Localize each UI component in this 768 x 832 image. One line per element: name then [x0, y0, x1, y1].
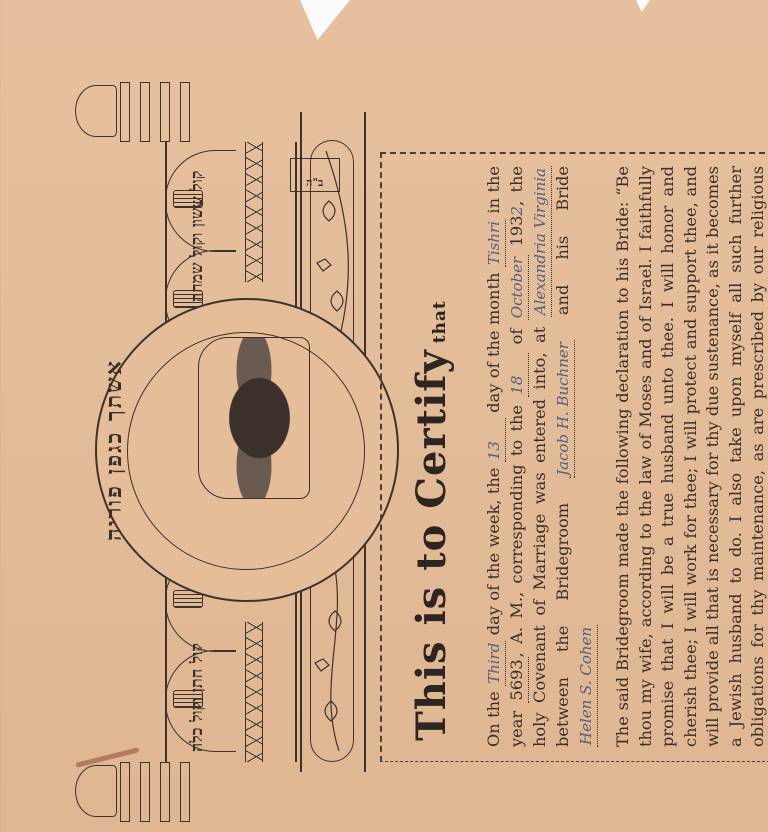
- right-pillar: [75, 72, 265, 152]
- hebrew-inscription-left: קול חתן וקול כלה: [187, 643, 207, 752]
- field-hebrew-year[interactable]: 5693: [506, 657, 529, 702]
- field-place[interactable]: Alexandria Virginia: [529, 166, 552, 317]
- marriage-details: On the Third day of the week, the 13 day…: [483, 166, 598, 747]
- field-civil-day[interactable]: 18: [506, 353, 529, 397]
- certificate-title: This is to Certifythat: [408, 166, 455, 741]
- certificate: קול חתן וקול כלה קול ששון וקול שמחה אשתך…: [75, 72, 768, 832]
- field-bride[interactable]: Helen S. Cohen: [575, 625, 598, 747]
- paper-tear: [300, 0, 350, 40]
- field-day-number[interactable]: 13: [483, 418, 506, 462]
- zigzag-ornament: [245, 142, 263, 282]
- field-hebrew-month[interactable]: Tishri: [483, 219, 506, 267]
- field-civil-year-digit[interactable]: 2: [508, 206, 526, 216]
- paper-tear: [636, 0, 650, 12]
- title-main: This is to Certify: [408, 349, 455, 741]
- bh-label: ב"ה: [290, 158, 340, 192]
- field-day-of-week[interactable]: Third: [483, 641, 506, 686]
- declaration: The said Bridegroom made the following d…: [612, 166, 768, 747]
- certificate-text-box: This is to Certifythat On the Third day …: [380, 152, 768, 762]
- declaration-body: “Be thou my wife, according to the law o…: [613, 166, 768, 747]
- emblem-text-top: אשתך כגפן פוריה: [101, 300, 127, 600]
- field-civil-month[interactable]: October: [506, 255, 529, 320]
- left-pillar: [75, 752, 265, 832]
- field-bridegroom[interactable]: Jacob H. Buchner: [552, 340, 575, 478]
- hebrew-inscription-right: קול ששון וקול שמחה: [187, 171, 207, 302]
- title-suffix: that: [430, 300, 450, 343]
- joined-hands-icon: [198, 337, 310, 499]
- zigzag-ornament: [245, 622, 263, 762]
- declaration-intro: The said Bridegroom made the following d…: [613, 202, 632, 747]
- emblem-seal: אשתך כגפן פוריה: [95, 298, 399, 602]
